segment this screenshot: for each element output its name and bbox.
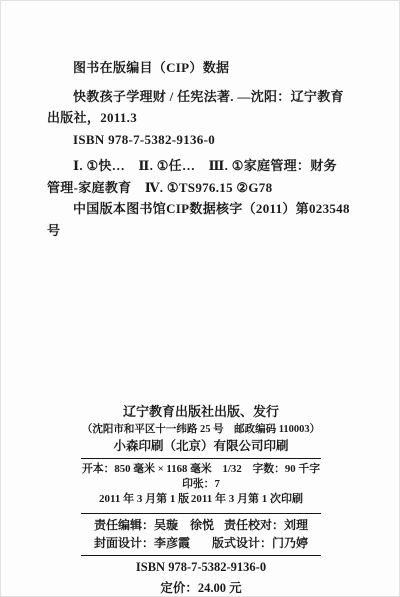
cip-entry-line1: 快教孩子学理财 / 任宪法著. —沈阳：辽宁教育 bbox=[47, 86, 363, 108]
publisher-address: （沈阳市和平区十一纬路 25 号 邮政编码 110003） bbox=[81, 421, 321, 438]
responsible-proofreader: 责任校对：刘理 bbox=[224, 518, 308, 534]
cip-isbn: ISBN 978-7-5382-9136-0 bbox=[47, 129, 363, 151]
layout-designer: 版式设计：门乃婷 bbox=[212, 536, 308, 552]
cip-data-block: 图书在版编目（CIP）数据 快教孩子学理财 / 任宪法著. —沈阳：辽宁教育 出… bbox=[47, 57, 363, 241]
edition-row: 2011 年 3 月第 1 版 2011 年 3 月第 1 次印刷 bbox=[81, 492, 321, 510]
edition-text: 2011 年 3 月第 1 版 bbox=[99, 492, 189, 507]
cip-classification-line2: 管理-家庭教育 Ⅳ. ①TS976.15 ②G78 bbox=[47, 177, 363, 199]
price-line: 定价：24.00 元 bbox=[81, 580, 321, 596]
staff-row-designers: 封面设计：李彦霞 版式设计：门乃婷 bbox=[81, 535, 321, 553]
colophon-block: 辽宁教育出版社出版、发行 （沈阳市和平区十一纬路 25 号 邮政编码 11000… bbox=[81, 403, 321, 596]
isbn-line: ISBN 978-7-5382-9136-0 bbox=[81, 559, 321, 575]
impression-text: 2011 年 3 月第 1 次印刷 bbox=[191, 492, 303, 507]
responsible-editor: 责任编辑：吴璇 徐悦 bbox=[94, 518, 214, 534]
cip-header: 图书在版编目（CIP）数据 bbox=[47, 57, 363, 79]
cover-designer: 封面设计：李彦霞 bbox=[94, 536, 190, 552]
cip-entry-line2: 出版社，2011.3 bbox=[47, 107, 363, 129]
format-line: 开本：850 毫米 × 1168 毫米 1/32 字数：90 千字 印张：7 bbox=[81, 462, 321, 492]
divider-top bbox=[81, 458, 321, 459]
cip-classification-line1: Ⅰ. ①快… Ⅱ. ①任… Ⅲ. ①家庭管理：财务 bbox=[47, 155, 363, 177]
staff-row-editors: 责任编辑：吴璇 徐悦 责任校对：刘理 bbox=[81, 517, 321, 535]
divider-bottom bbox=[81, 555, 321, 556]
printer-line: 小森印刷（北京）有限公司印刷 bbox=[81, 438, 321, 455]
divider-middle bbox=[81, 513, 321, 514]
publisher-line: 辽宁教育出版社出版、发行 bbox=[81, 403, 321, 421]
book-copyright-page: 图书在版编目（CIP）数据 快教孩子学理财 / 任宪法著. —沈阳：辽宁教育 出… bbox=[0, 0, 400, 597]
cip-record-number: 中国版本图书馆CIP数据核字（2011）第023548号 bbox=[47, 198, 363, 241]
